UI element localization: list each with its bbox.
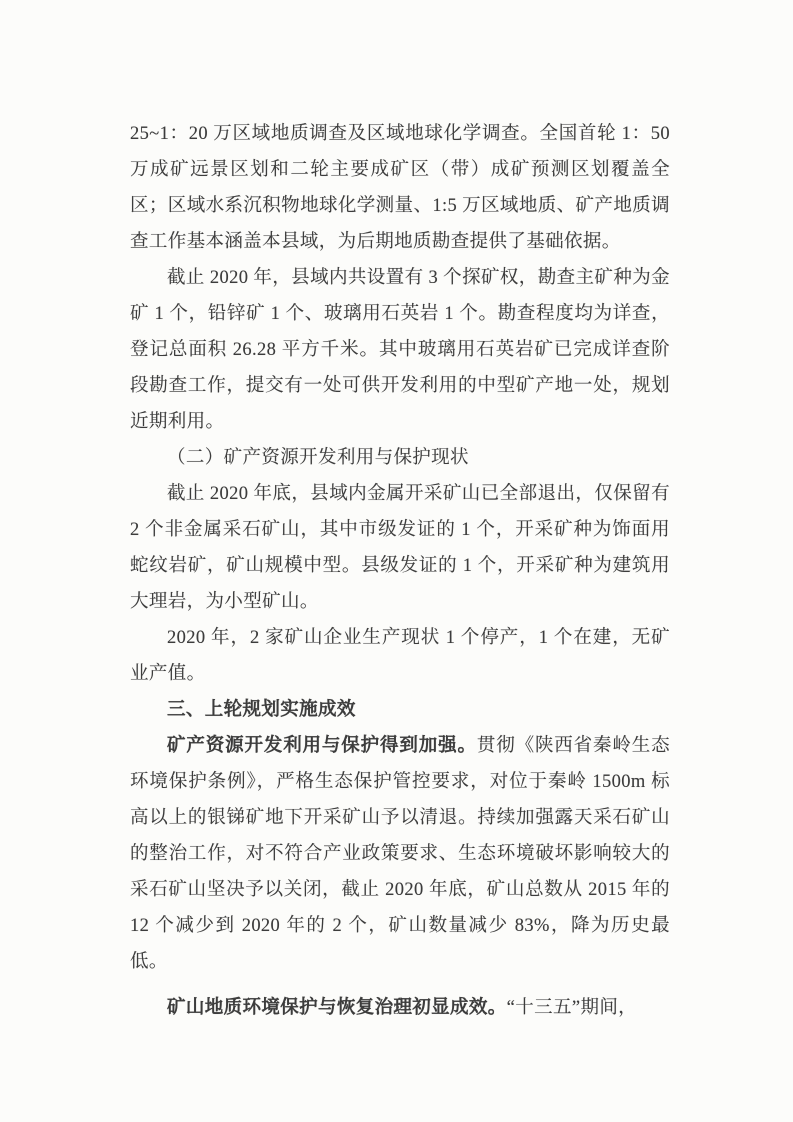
paragraph-mining-status: 截止 2020 年底，县域内金属开采矿山已全部退出，仅保留有 2 个非金属采石矿… <box>130 476 670 620</box>
bold-text-run: 矿产资源开发利用与保护得到加强。 <box>167 736 477 756</box>
document-body: 25~1：20 万区域地质调查及区域地球化学调查。全国首轮 1：50 万成矿远景… <box>130 116 670 1026</box>
text-run: 2020 年，2 家矿山企业生产现状 1 个停产，1 个在建，无矿业产值。 <box>130 628 670 684</box>
page-footer: 3 <box>0 1002 793 1018</box>
text-run: （二）矿产资源开发利用与保护现状 <box>167 448 469 468</box>
subsection-heading-development-status: （二）矿产资源开发利用与保护现状 <box>130 440 670 476</box>
text-run: 25~1：20 万区域地质调查及区域地球化学调查。全国首轮 1：50 万成矿远景… <box>130 124 670 252</box>
paragraph-geology-survey-continuation: 25~1：20 万区域地质调查及区域地球化学调查。全国首轮 1：50 万成矿远景… <box>130 116 670 260</box>
text-run: 贯彻《陕西省秦岭生态环境保护条例》，严格生态保护管控要求，对位于秦岭 1500m… <box>130 736 670 972</box>
document-page: 25~1：20 万区域地质调查及区域地球化学调查。全国首轮 1：50 万成矿远景… <box>0 0 793 1122</box>
paragraph-exploration-rights: 截止 2020 年，县域内共设置有 3 个探矿权，勘查主矿种为金矿 1 个，铅锌… <box>130 260 670 440</box>
page-number: 3 <box>393 1002 400 1017</box>
paragraph-protection-strengthened: 矿产资源开发利用与保护得到加强。贯彻《陕西省秦岭生态环境保护条例》，严格生态保护… <box>130 728 670 980</box>
bold-text-run: 三、上轮规划实施成效 <box>167 700 356 720</box>
text-run: 截止 2020 年底，县域内金属开采矿山已全部退出，仅保留有 2 个非金属采石矿… <box>130 484 670 612</box>
paragraph-production-status: 2020 年，2 家矿山企业生产现状 1 个停产，1 个在建，无矿业产值。 <box>130 620 670 692</box>
text-run: 截止 2020 年，县域内共设置有 3 个探矿权，勘查主矿种为金矿 1 个，铅锌… <box>130 268 670 432</box>
section-heading-previous-plan-results: 三、上轮规划实施成效 <box>130 692 670 728</box>
